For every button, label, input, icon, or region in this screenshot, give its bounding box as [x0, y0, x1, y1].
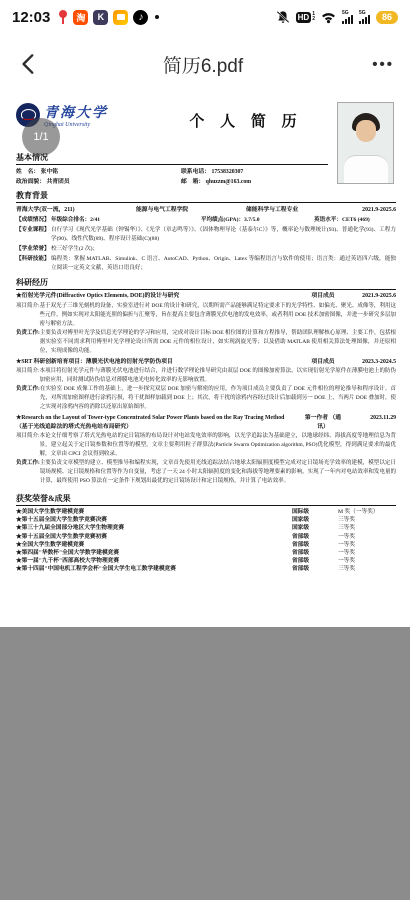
honors: 校三好学生(2 次)；: [51, 245, 396, 254]
more-menu-icon[interactable]: •••: [364, 56, 394, 73]
section-research: 科研经历: [16, 277, 396, 290]
college: 能源与电气工程学院: [136, 206, 246, 215]
location-pin-icon: [58, 10, 68, 25]
study-period: 2021.9-2025.6: [338, 206, 396, 215]
project-duty: 负责工作: 主要负责文章模型的建立、模型推导和编程实现，文章首先使用光线追踪法结…: [16, 459, 396, 486]
project-title: ★Research on the Layout of Tower-type Co…: [16, 414, 302, 431]
project-date: 2023.11.29: [344, 414, 396, 431]
project-1: ★衍射光学元件(Diffractive Optics Elements, DOE…: [16, 292, 396, 356]
politics-value: 共青团员: [46, 178, 69, 186]
pdf-page[interactable]: 1/1 青海大学 Qinghai University 个 人 简 历 基本情况…: [0, 94, 410, 627]
id-photo: [337, 102, 394, 184]
notification-dot-icon: [155, 15, 159, 19]
name-row: 姓 名： 张中铭: [16, 168, 181, 176]
email-value: qhuzzm@163.com: [206, 178, 251, 186]
mail-app-icon: [113, 10, 128, 25]
status-bar: 12:03 淘 K ♪ HD 1 2: [0, 0, 410, 34]
project-date: 2023.3-2024.5: [344, 358, 396, 367]
score-row: 【成绩情况】 年级综合排名：2/41 平均绩点(GPA)：3.7/5.0 英语水…: [16, 216, 396, 225]
document-title: 简历6.pdf: [42, 51, 364, 78]
app-bar: 简历6.pdf •••: [0, 34, 410, 94]
project-intro: 项目简介: 本项目将衍射光学元件与薄膜光伏电池进行结合，并进行数学理论推导研究由…: [16, 367, 396, 385]
skills: 编程类：掌握 MATLAB、Simulink、C 语言、AutoCAD、Pyth…: [51, 255, 396, 273]
honors-row: 【学业荣誉】 校三好学生(2 次)；: [16, 245, 396, 254]
k-app-icon: K: [93, 10, 108, 25]
notification-app-icons: 淘 K ♪: [58, 10, 159, 25]
sim-slots: 1 2: [312, 12, 315, 22]
politics-row: 政治面貌： 共青团员: [16, 178, 181, 186]
page-indicator-badge: 1/1: [22, 118, 60, 156]
english-level: 英语水平：CET6 (469): [314, 216, 396, 225]
phone-screen: 12:03 淘 K ♪ HD 1 2: [0, 0, 410, 900]
courses: 自行学习《现代光学基础（钟锡华）》、《光学（章志鸣等）》、《固体物理导论（基泰尔…: [51, 226, 396, 244]
hd-volte-icon: HD 1 2: [296, 12, 315, 23]
section-basic-info: 基本情况: [16, 152, 328, 165]
education-school-row: 青海大学(双一流，211) 能源与电气工程学院 储能科学与工程专业 2021.9…: [16, 206, 396, 215]
project-2: ★SRT 科研创新培育项目：薄膜光伏电池的衍射光学防伪项目 项目成员 2023.…: [16, 358, 396, 413]
project-3: ★Research on the Layout of Tower-type Co…: [16, 414, 396, 486]
school: 青海大学(双一流，211): [16, 206, 136, 215]
project-date: 2021.9-2025.6: [344, 292, 396, 301]
rank: 年级综合排名：2/41: [51, 216, 201, 225]
award-row: ★第十五届全国大学生数学竞赛决赛 国家级 三等奖: [16, 516, 396, 524]
project-intro: 项目简介: 基于双光子三维光刻机的设备，实验室进行对 DOE 的设计和研究，以期…: [16, 302, 396, 329]
major: 储能科学与工程专业: [246, 206, 338, 215]
phone-value: 17538320307: [211, 168, 243, 176]
awards-list: ★美国大学生数学建模竞赛 国际级 M 奖（一等奖） ★第十五届全国大学生数学竞赛…: [16, 508, 396, 574]
muted-bell-icon: [276, 10, 290, 24]
courses-row: 【专业课程】 自行学习《现代光学基础（钟锡华）》、《光学（章志鸣等）》、《固体物…: [16, 226, 396, 244]
section-awards: 获奖荣誉&成果: [16, 493, 396, 506]
award-row: ★第十五届全国大学生数学竞赛初赛 省部级 一等奖: [16, 533, 396, 541]
project-title: ★SRT 科研创新培育项目：薄膜光伏电池的衍射光学防伪项目: [16, 358, 302, 367]
gpa: 平均绩点(GPA)：3.7/5.0: [201, 216, 314, 225]
project-role: 第一作者 （通讯）: [302, 414, 344, 431]
award-row: ★第一届"九千杯"西部高校大学物理竞赛 省部级 一等奖: [16, 557, 396, 565]
project-title: ★衍射光学元件(Diffractive Optics Elements, DOE…: [16, 292, 302, 301]
project-intro: 项目简介: 本论文仔细考察了塔式光热电站的定日镜场的布局设计对电站发电效率的影响…: [16, 432, 396, 459]
award-row: ★第十四届"中国电机工程学会杯"全国大学生电工数学建模竞赛 省部级 三等奖: [16, 565, 396, 573]
skills-row: 【科研技能】 编程类：掌握 MATLAB、Simulink、C 语言、AutoC…: [16, 255, 396, 273]
signal-sim1-icon: 5G: [342, 10, 353, 24]
name-value: 张中铭: [41, 168, 58, 176]
status-indicators: HD 1 2 5G 5G 86: [276, 10, 398, 24]
section-education: 教育背景: [16, 190, 396, 203]
project-duty: 负责工作: 在实验室 DOE 成像工作的基础上，进一步探究双层 DOE 加密与解…: [16, 385, 396, 412]
award-row: ★第四届"华数杯"全国大学数学建模竞赛 省部级 一等奖: [16, 549, 396, 557]
wifi-icon: [321, 11, 336, 24]
battery-indicator: 86: [376, 11, 398, 24]
viewer-background[interactable]: [0, 627, 410, 900]
basic-info-grid: 姓 名： 张中铭 联系电话： 17538320307 政治面貌： 共青团员 邮 …: [16, 168, 346, 186]
back-icon[interactable]: [16, 51, 42, 77]
award-row: ★第三十九届全国部分地区大学生物理竞赛 国家级 三等奖: [16, 524, 396, 532]
project-duty: 负责工作: 主要负责对傅里叶光学及信息光学理论的学习和应用，完成对设计目标 DO…: [16, 329, 396, 356]
signal-sim2-icon: 5G: [359, 10, 370, 24]
clock: 12:03: [12, 9, 50, 26]
tiktok-icon: ♪: [133, 10, 148, 25]
project-role: 项目成员: [302, 358, 344, 367]
award-row: ★美国大学生数学建模竞赛 国际级 M 奖（一等奖）: [16, 508, 396, 516]
project-role: 项目成员: [302, 292, 344, 301]
award-row: ★全国大学生数学建模竞赛 省部级 一等奖: [16, 541, 396, 549]
taobao-icon: 淘: [73, 10, 88, 25]
university-name-cn: 青海大学: [44, 102, 108, 122]
phone-row: 联系电话： 17538320307: [181, 168, 346, 176]
resume-title: 个 人 简 历: [166, 102, 326, 131]
email-row: 邮 箱： qhuzzm@163.com: [181, 178, 346, 186]
